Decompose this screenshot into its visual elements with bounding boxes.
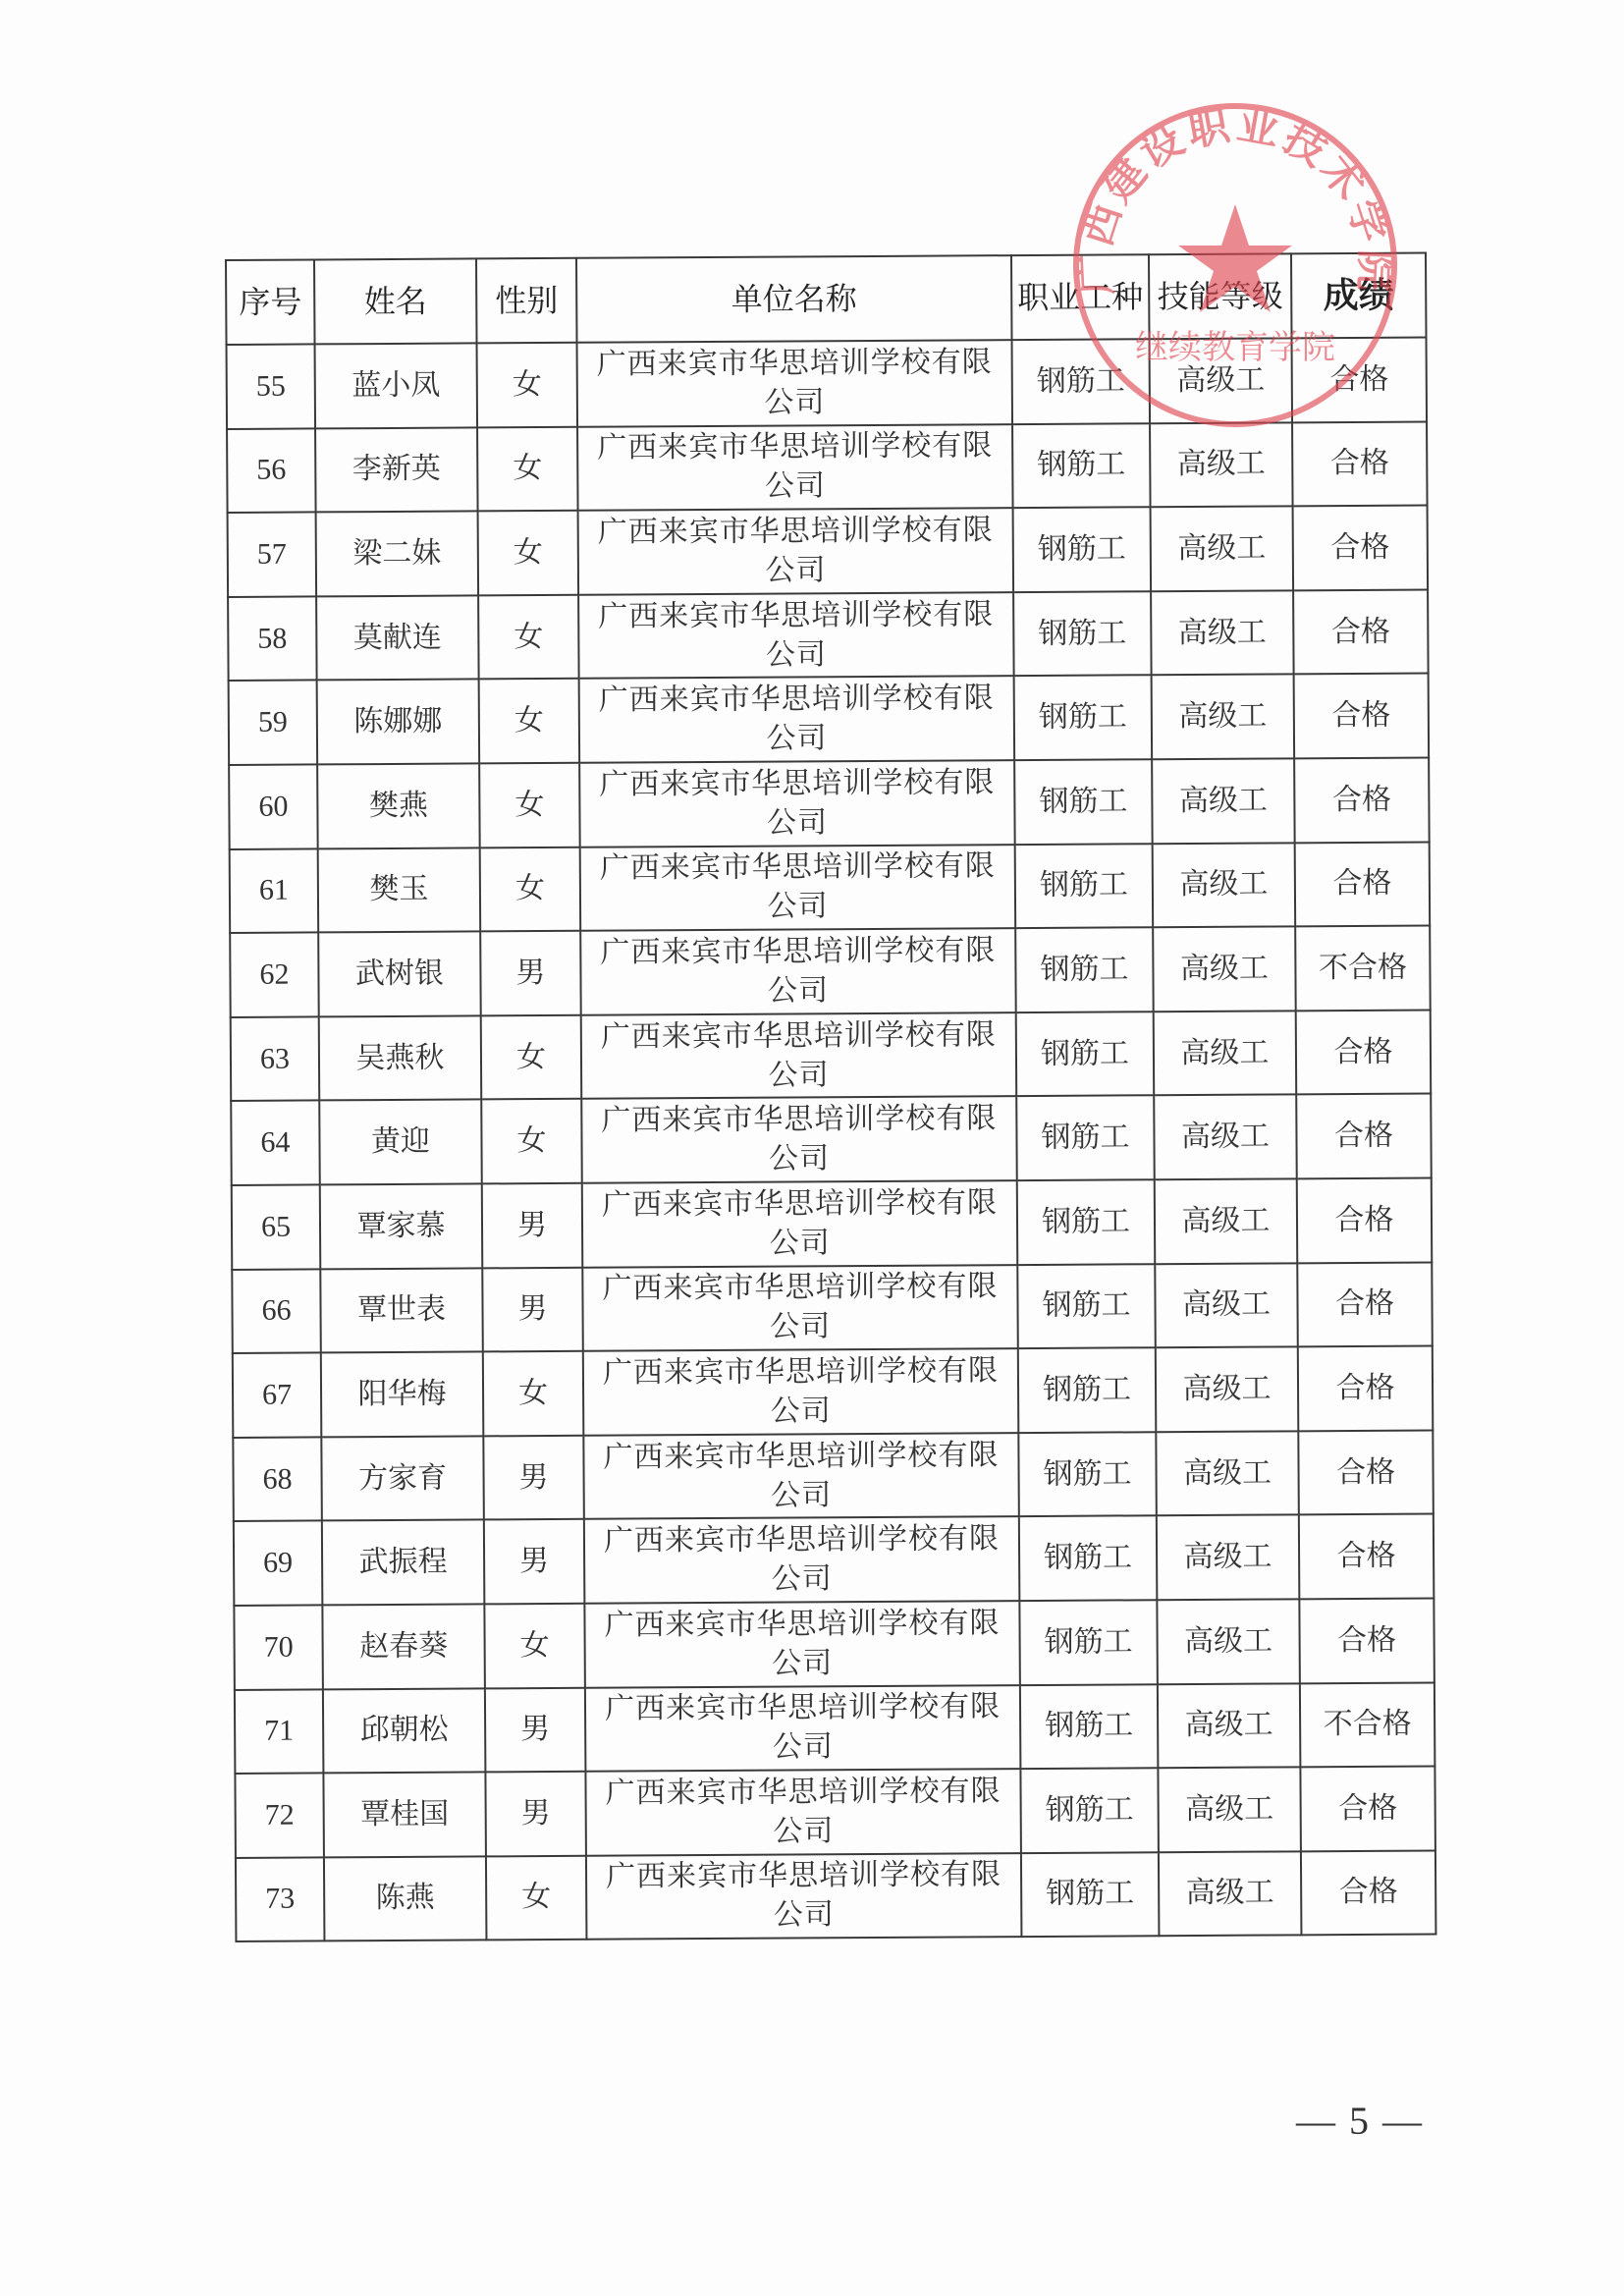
cell-seq: 66 bbox=[232, 1269, 321, 1353]
cell-result: 合格 bbox=[1299, 1598, 1435, 1682]
table-row: 66覃世表男广西来宾市华思培训学校有限公司钢筋工高级工合格 bbox=[232, 1262, 1433, 1353]
table-row: 58莫献连女广西来宾市华思培训学校有限公司钢筋工高级工合格 bbox=[228, 589, 1429, 681]
header-gender: 性别 bbox=[476, 258, 577, 344]
cell-gender: 女 bbox=[480, 847, 581, 931]
cell-seq: 59 bbox=[229, 681, 318, 765]
cell-gender: 女 bbox=[484, 1604, 585, 1688]
cell-unit: 广西来宾市华思培训学校有限公司 bbox=[583, 1348, 1019, 1435]
cell-seq: 56 bbox=[227, 428, 316, 513]
cell-skill-level: 高级工 bbox=[1150, 422, 1293, 507]
table-row: 60樊燕女广西来宾市华思培训学校有限公司钢筋工高级工合格 bbox=[229, 757, 1430, 848]
cell-gender: 女 bbox=[483, 1351, 584, 1436]
cell-name: 赵春葵 bbox=[322, 1604, 485, 1689]
cell-unit: 广西来宾市华思培训学校有限公司 bbox=[579, 760, 1015, 847]
cell-result: 合格 bbox=[1299, 1514, 1435, 1599]
cell-occupation: 钢筋工 bbox=[1013, 507, 1152, 591]
cell-gender: 女 bbox=[477, 343, 578, 427]
cell-name: 梁二妹 bbox=[316, 512, 479, 597]
cell-name: 黄迎 bbox=[319, 1100, 482, 1185]
table-row: 70赵春葵女广西来宾市华思培训学校有限公司钢筋工高级工合格 bbox=[234, 1598, 1435, 1689]
cell-gender: 男 bbox=[484, 1519, 585, 1604]
cell-gender: 女 bbox=[481, 1015, 582, 1100]
cell-gender: 男 bbox=[483, 1436, 584, 1520]
cell-gender: 男 bbox=[485, 1687, 586, 1772]
cell-result: 合格 bbox=[1298, 1430, 1434, 1514]
cell-skill-level: 高级工 bbox=[1158, 1683, 1301, 1768]
cell-unit: 广西来宾市华思培训学校有限公司 bbox=[578, 592, 1014, 679]
table-row: 68方家育男广西来宾市华思培训学校有限公司钢筋工高级工合格 bbox=[233, 1430, 1434, 1521]
cell-result: 合格 bbox=[1294, 674, 1430, 758]
cell-unit: 广西来宾市华思培训学校有限公司 bbox=[578, 508, 1014, 594]
cell-name: 覃桂国 bbox=[323, 1773, 486, 1858]
cell-gender: 男 bbox=[480, 931, 581, 1015]
cell-seq: 58 bbox=[228, 596, 317, 681]
table-row: 64黄迎女广西来宾市华思培训学校有限公司钢筋工高级工合格 bbox=[231, 1094, 1432, 1185]
table-row: 55蓝小凤女广西来宾市华思培训学校有限公司钢筋工高级工合格 bbox=[227, 338, 1428, 429]
cell-seq: 71 bbox=[235, 1689, 324, 1774]
cell-occupation: 钢筋工 bbox=[1020, 1684, 1159, 1769]
cell-occupation: 钢筋工 bbox=[1017, 1179, 1156, 1264]
cell-unit: 广西来宾市华思培训学校有限公司 bbox=[579, 676, 1015, 762]
results-table: 序号 姓名 性别 单位名称 职业工种 技能等级 成绩 55蓝小凤女广西来宾市华思… bbox=[225, 252, 1436, 1943]
cell-result: 合格 bbox=[1293, 589, 1429, 674]
cell-skill-level: 高级工 bbox=[1157, 1599, 1300, 1683]
cell-gender: 女 bbox=[481, 1099, 582, 1183]
table-row: 65覃家慕男广西来宾市华思培训学校有限公司钢筋工高级工合格 bbox=[232, 1177, 1433, 1269]
cell-name: 樊燕 bbox=[317, 763, 480, 848]
table-row: 72覃桂国男广西来宾市华思培训学校有限公司钢筋工高级工合格 bbox=[235, 1767, 1435, 1858]
cell-unit: 广西来宾市华思培训学校有限公司 bbox=[582, 1265, 1018, 1351]
cell-gender: 男 bbox=[485, 1772, 586, 1856]
cell-name: 覃世表 bbox=[320, 1268, 483, 1353]
cell-result: 合格 bbox=[1298, 1346, 1434, 1431]
cell-gender: 男 bbox=[482, 1183, 583, 1268]
document-page: 序号 姓名 性别 单位名称 职业工种 技能等级 成绩 55蓝小凤女广西来宾市华思… bbox=[0, 0, 1624, 2296]
cell-result: 合格 bbox=[1296, 1010, 1432, 1094]
cell-occupation: 钢筋工 bbox=[1021, 1852, 1160, 1937]
cell-result: 合格 bbox=[1297, 1177, 1433, 1262]
cell-name: 覃家慕 bbox=[320, 1183, 483, 1269]
cell-skill-level: 高级工 bbox=[1153, 843, 1296, 927]
cell-name: 樊玉 bbox=[318, 847, 481, 933]
cell-result: 合格 bbox=[1293, 506, 1429, 590]
cell-seq: 57 bbox=[228, 513, 317, 597]
cell-skill-level: 高级工 bbox=[1155, 1263, 1298, 1347]
table-row: 69武振程男广西来宾市华思培训学校有限公司钢筋工高级工合格 bbox=[234, 1514, 1435, 1606]
cell-seq: 63 bbox=[231, 1016, 320, 1101]
cell-result: 不合格 bbox=[1295, 926, 1431, 1011]
cell-seq: 72 bbox=[235, 1774, 324, 1858]
cell-name: 莫献连 bbox=[316, 595, 479, 681]
cell-seq: 61 bbox=[230, 848, 319, 933]
cell-seq: 70 bbox=[234, 1605, 323, 1689]
cell-occupation: 钢筋工 bbox=[1015, 927, 1154, 1011]
cell-occupation: 钢筋工 bbox=[1016, 1096, 1155, 1180]
cell-unit: 广西来宾市华思培训学校有限公司 bbox=[580, 928, 1016, 1014]
header-seq: 序号 bbox=[226, 259, 315, 345]
cell-skill-level: 高级工 bbox=[1157, 1515, 1300, 1600]
cell-occupation: 钢筋工 bbox=[1014, 676, 1153, 760]
cell-unit: 广西来宾市华思培训学校有限公司 bbox=[580, 845, 1016, 931]
cell-result: 合格 bbox=[1301, 1850, 1436, 1935]
cell-seq: 73 bbox=[236, 1857, 325, 1941]
table-body: 55蓝小凤女广西来宾市华思培训学校有限公司钢筋工高级工合格56李新英女广西来宾市… bbox=[227, 338, 1436, 1942]
table-row: 57梁二妹女广西来宾市华思培训学校有限公司钢筋工高级工合格 bbox=[228, 506, 1429, 597]
cell-unit: 广西来宾市华思培训学校有限公司 bbox=[581, 1096, 1017, 1182]
cell-occupation: 钢筋工 bbox=[1019, 1516, 1158, 1601]
cell-skill-level: 高级工 bbox=[1159, 1851, 1302, 1936]
cell-gender: 女 bbox=[479, 763, 580, 847]
cell-gender: 女 bbox=[478, 511, 579, 595]
header-skill-level: 技能等级 bbox=[1149, 253, 1292, 339]
cell-occupation: 钢筋工 bbox=[1019, 1600, 1158, 1684]
cell-unit: 广西来宾市华思培训学校有限公司 bbox=[581, 1012, 1017, 1099]
cell-name: 吴燕秋 bbox=[319, 1015, 482, 1101]
cell-gender: 女 bbox=[478, 595, 579, 680]
cell-unit: 广西来宾市华思培训学校有限公司 bbox=[586, 1853, 1022, 1940]
header-name: 姓名 bbox=[314, 258, 477, 344]
cell-occupation: 钢筋工 bbox=[1014, 759, 1153, 844]
cell-result: 不合格 bbox=[1300, 1682, 1435, 1767]
cell-result: 合格 bbox=[1292, 338, 1428, 422]
cell-seq: 69 bbox=[234, 1521, 323, 1606]
cell-gender: 女 bbox=[477, 426, 578, 511]
cell-occupation: 钢筋工 bbox=[1016, 1011, 1155, 1096]
cell-unit: 广西来宾市华思培训学校有限公司 bbox=[577, 424, 1013, 511]
cell-unit: 广西来宾市华思培训学校有限公司 bbox=[585, 1769, 1021, 1855]
cell-skill-level: 高级工 bbox=[1154, 1095, 1297, 1179]
cell-skill-level: 高级工 bbox=[1155, 1178, 1298, 1263]
cell-unit: 广西来宾市华思培训学校有限公司 bbox=[584, 1601, 1020, 1687]
header-unit: 单位名称 bbox=[576, 255, 1012, 343]
table-row: 71邱朝松男广西来宾市华思培训学校有限公司钢筋工高级工不合格 bbox=[235, 1682, 1435, 1774]
cell-name: 陈娜娜 bbox=[317, 680, 480, 765]
cell-occupation: 钢筋工 bbox=[1012, 423, 1151, 508]
cell-name: 蓝小凤 bbox=[315, 343, 478, 428]
cell-occupation: 钢筋工 bbox=[1015, 844, 1154, 928]
cell-seq: 55 bbox=[227, 344, 316, 428]
cell-result: 合格 bbox=[1292, 421, 1428, 506]
table-row: 56李新英女广西来宾市华思培训学校有限公司钢筋工高级工合格 bbox=[227, 421, 1428, 513]
cell-result: 合格 bbox=[1295, 842, 1431, 926]
cell-result: 合格 bbox=[1300, 1767, 1435, 1851]
cell-seq: 67 bbox=[233, 1353, 322, 1438]
cell-skill-level: 高级工 bbox=[1152, 758, 1295, 843]
cell-name: 陈燕 bbox=[324, 1856, 487, 1941]
cell-gender: 女 bbox=[486, 1855, 587, 1940]
cell-skill-level: 高级工 bbox=[1153, 927, 1296, 1011]
cell-skill-level: 高级工 bbox=[1151, 590, 1294, 675]
cell-skill-level: 高级工 bbox=[1151, 507, 1294, 591]
cell-skill-level: 高级工 bbox=[1150, 338, 1293, 422]
header-occupation: 职业工种 bbox=[1011, 254, 1150, 340]
cell-occupation: 钢筋工 bbox=[1018, 1347, 1157, 1432]
table-row: 62武树银男广西来宾市华思培训学校有限公司钢筋工高级工不合格 bbox=[230, 926, 1431, 1017]
cell-result: 合格 bbox=[1296, 1094, 1432, 1178]
cell-occupation: 钢筋工 bbox=[1017, 1264, 1156, 1348]
cell-gender: 男 bbox=[482, 1267, 583, 1351]
cell-unit: 广西来宾市华思培训学校有限公司 bbox=[583, 1433, 1019, 1519]
header-result: 成绩 bbox=[1291, 253, 1427, 339]
cell-occupation: 钢筋工 bbox=[1018, 1432, 1157, 1516]
cell-occupation: 钢筋工 bbox=[1012, 339, 1151, 423]
cell-seq: 64 bbox=[231, 1101, 320, 1185]
cell-result: 合格 bbox=[1297, 1262, 1433, 1346]
table-row: 61樊玉女广西来宾市华思培训学校有限公司钢筋工高级工合格 bbox=[230, 842, 1431, 933]
cell-seq: 60 bbox=[229, 764, 318, 848]
cell-skill-level: 高级工 bbox=[1152, 675, 1295, 759]
cell-unit: 广西来宾市华思培训学校有限公司 bbox=[585, 1685, 1021, 1772]
table-row: 73陈燕女广西来宾市华思培训学校有限公司钢筋工高级工合格 bbox=[236, 1850, 1436, 1941]
cell-skill-level: 高级工 bbox=[1158, 1767, 1301, 1851]
cell-unit: 广西来宾市华思培训学校有限公司 bbox=[582, 1180, 1018, 1267]
cell-seq: 62 bbox=[230, 933, 319, 1017]
cell-result: 合格 bbox=[1294, 757, 1430, 842]
cell-name: 李新英 bbox=[315, 427, 478, 513]
cell-unit: 广西来宾市华思培训学校有限公司 bbox=[577, 340, 1013, 426]
cell-seq: 68 bbox=[233, 1437, 322, 1521]
cell-name: 武振程 bbox=[322, 1520, 485, 1606]
cell-skill-level: 高级工 bbox=[1156, 1346, 1299, 1431]
cell-name: 方家育 bbox=[321, 1436, 484, 1521]
cell-occupation: 钢筋工 bbox=[1020, 1768, 1159, 1852]
table-row: 59陈娜娜女广西来宾市华思培训学校有限公司钢筋工高级工合格 bbox=[229, 674, 1430, 765]
page-number: — 5 — bbox=[1296, 2098, 1424, 2144]
cell-skill-level: 高级工 bbox=[1154, 1011, 1297, 1095]
cell-gender: 女 bbox=[479, 679, 580, 763]
table-row: 63吴燕秋女广西来宾市华思培训学校有限公司钢筋工高级工合格 bbox=[231, 1010, 1432, 1101]
cell-name: 阳华梅 bbox=[321, 1352, 484, 1438]
cell-seq: 65 bbox=[232, 1184, 321, 1269]
cell-name: 邱朝松 bbox=[323, 1688, 486, 1774]
cell-unit: 广西来宾市华思培训学校有限公司 bbox=[584, 1516, 1020, 1603]
cell-name: 武树银 bbox=[318, 932, 481, 1017]
cell-occupation: 钢筋工 bbox=[1013, 591, 1152, 676]
table-header-row: 序号 姓名 性别 单位名称 职业工种 技能等级 成绩 bbox=[226, 253, 1427, 345]
cell-skill-level: 高级工 bbox=[1156, 1431, 1299, 1515]
table-row: 67阳华梅女广西来宾市华思培训学校有限公司钢筋工高级工合格 bbox=[233, 1346, 1434, 1438]
